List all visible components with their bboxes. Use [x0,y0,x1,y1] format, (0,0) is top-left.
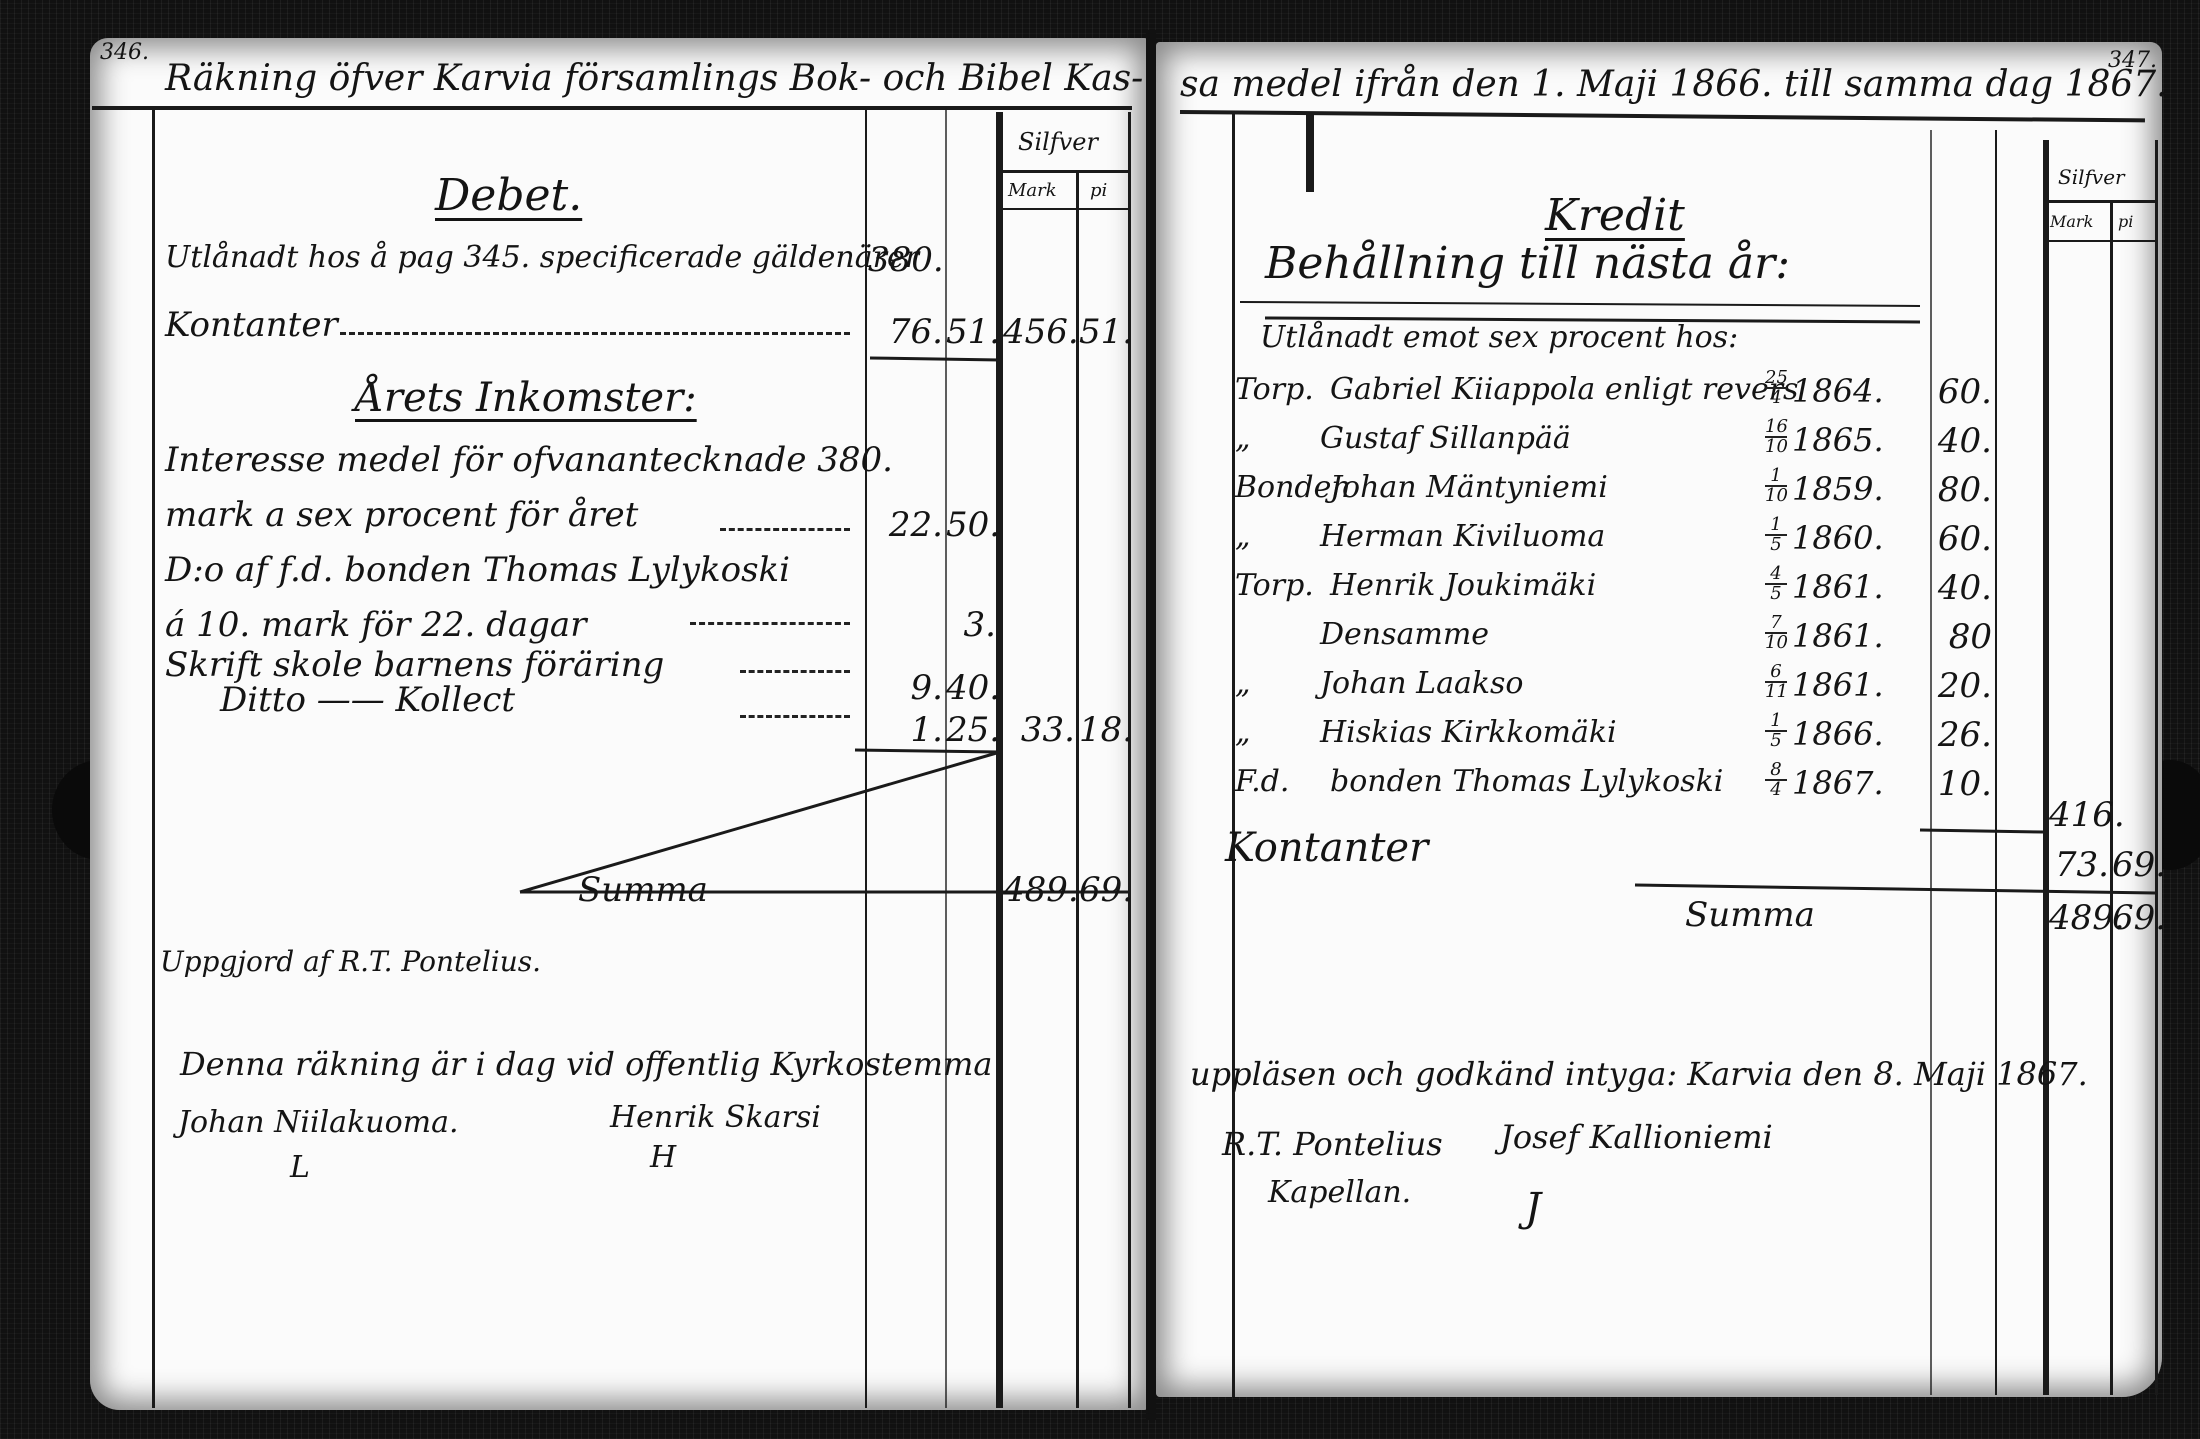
summa-penni-left: 69. [1079,870,1127,910]
loan-day: 7 [1765,615,1787,631]
loan-day: 16 [1765,419,1787,435]
loan-day: 1 [1765,468,1787,484]
dash-leader [740,670,850,673]
loan-month: 11 [1765,684,1787,700]
income-row-1-col2: 50. [946,505,996,545]
loan-month: 4 [1765,390,1787,406]
dash-leader [720,528,850,531]
loan-amount: 80 [1932,617,1992,657]
income-row-0-text: Interesse medel för ofvanantecknade 380. [165,440,893,480]
income-row-4-text: Skrift skole barnens föräring [165,645,664,685]
opening-row-1-text: Kontanter [165,305,338,345]
loan-day: 4 [1765,566,1787,582]
loan-date-fraction: 15 [1765,713,1787,749]
ledger-title-right: sa medel ifrån den 1. Maji 1866. till sa… [1180,64,2168,105]
kredit-heading: Kredit [1545,190,1685,241]
income-row-4-col1: 9. [868,668,943,708]
cash-label: Kontanter [1225,825,1428,871]
income-row-3-text: á 10. mark för 22. dagar [165,605,586,645]
loan-year: 1861. [1792,568,1884,606]
loan-prefix: „ [1235,519,1251,554]
dash-leader [740,715,850,718]
page-number-right: 347. [2108,48,2157,73]
signature-right-0: R.T. Pontelius [1222,1125,1443,1163]
loan-amount: 40. [1932,568,1992,608]
loan-date-fraction: 110 [1765,468,1787,504]
cash-mark: 73. [2049,845,2109,885]
loan-name: Johan Mäntyniemi [1330,470,1608,505]
loan-date-fraction: 84 [1765,762,1787,798]
signature-right-1: Josef Kallioniemi [1500,1118,1773,1156]
loan-month: 4 [1765,782,1787,798]
income-row-5-text: Ditto —— Kollect [220,680,515,720]
loan-date-fraction: 254 [1765,370,1787,406]
loan-name: Johan Laakso [1320,666,1523,701]
income-row-3-col2: 3. [946,605,996,645]
income-total-penni: 18. [1079,710,1127,750]
opening-row-1-mark: 456. [1003,312,1075,352]
loan-year: 1860. [1792,519,1884,557]
loan-day: 1 [1765,713,1787,729]
loan-name: bonden Thomas Lylykoski [1330,764,1723,799]
loan-name: Henrik Joukimäki [1330,568,1596,603]
signer-title: Kapellan. [1268,1175,1411,1210]
loan-day: 6 [1765,664,1787,680]
ledger-title-left: Räkning öfver Karvia församlings Bok- oc… [165,58,1143,99]
signature-left-1: Henrik Skarsi [610,1100,821,1135]
loan-name: Hiskias Kirkkomäki [1320,715,1617,750]
loan-year: 1861. [1792,666,1884,704]
loan-date-fraction: 15 [1765,517,1787,553]
income-row-4-col2: 40. [946,668,996,708]
loan-month: 10 [1765,439,1787,455]
loan-prefix: „ [1235,421,1251,456]
loan-name: Gustaf Sillanpää [1320,421,1571,456]
loan-year: 1867. [1792,764,1884,802]
loan-amount: 60. [1932,372,1992,412]
opening-row-0-col1: 380. [868,240,943,280]
opening-row-1-col1: 76. [868,312,943,352]
loan-amount: 80. [1932,470,1992,510]
loan-prefix: „ [1235,666,1251,701]
income-row-5-col2: 25. [946,710,996,750]
summa-penni-right: 69. [2112,898,2154,938]
currency-header-left: Silfver [1018,128,1098,156]
opening-row-1-col2: 51. [946,312,996,352]
income-row-2-text: D:o af f.d. bonden Thomas Lylykoski [165,550,790,590]
loan-amount: 40. [1932,421,1992,461]
attestation-right: uppläsen och godkänd intyga: Karvia den … [1190,1055,2088,1093]
income-heading: Årets Inkomster: [355,375,697,421]
summa-label-right: Summa [1685,895,1815,935]
debet-heading: Debet. [435,170,582,221]
loan-intro: Utlånadt emot sex procent hos: [1260,320,1738,355]
witness-mark-right: J [1525,1185,1541,1231]
income-total-mark: 33. [1003,710,1075,750]
loan-year: 1861. [1792,617,1884,655]
mark-header-right: Mark [2050,212,2093,231]
loan-amount: 26. [1932,715,1992,755]
loan-amount: 10. [1932,764,1992,804]
witness-mark-left-1: H [650,1140,676,1175]
loan-name: Herman Kiviluoma [1320,519,1605,554]
opening-row-1-penni: 51. [1079,312,1127,352]
income-row-1-text: mark a sex procent för året [165,495,638,535]
loan-month: 10 [1765,488,1787,504]
summa-mark-right: 489. [2049,898,2109,938]
income-row-5-col1: 1. [868,710,943,750]
loan-year: 1866. [1792,715,1884,753]
mark-header-left: Mark [1008,180,1057,201]
loan-date-fraction: 710 [1765,615,1787,651]
loan-month: 5 [1765,733,1787,749]
attestation-left: Denna räkning är i dag vid offentlig Kyr… [180,1045,992,1083]
loan-day: 8 [1765,762,1787,778]
loan-name: Densamme [1320,617,1489,652]
loan-day: 25 [1765,370,1787,386]
kredit-subheading: Behållning till nästa år: [1265,238,1790,289]
loan-month: 10 [1765,635,1787,651]
summa-mark-left: 489. [1003,870,1075,910]
loan-amount: 60. [1932,519,1992,559]
prepared-by: Uppgjord af R.T. Pontelius. [160,945,541,978]
loan-date-fraction: 45 [1765,566,1787,602]
loan-prefix: Torp. [1235,372,1314,407]
penni-header-left: pi [1090,180,1107,201]
loan-prefix: Torp. [1235,568,1314,603]
cash-penni: 69. [2112,845,2154,885]
penni-header-right: pi [2118,212,2133,231]
loan-year: 1865. [1792,421,1884,459]
loan-year: 1859. [1792,470,1884,508]
loan-amount: 20. [1932,666,1992,706]
loan-month: 5 [1765,586,1787,602]
loan-date-fraction: 1610 [1765,419,1787,455]
currency-header-right: Silfver [2058,165,2125,189]
loan-year: 1864. [1792,372,1884,410]
opening-row-0-text: Utlånadt hos å pag 345. specificerade gä… [165,240,919,275]
page-number-left: 346. [100,40,149,65]
loans-total-mark: 416. [2049,795,2109,835]
loan-name: Gabriel Kiiappola enligt revers [1330,372,1798,407]
loan-date-fraction: 611 [1765,664,1787,700]
witness-mark-left-0: L [290,1150,310,1185]
dash-leader [690,622,850,625]
loan-day: 1 [1765,517,1787,533]
loan-month: 5 [1765,537,1787,553]
dash-leader [340,332,850,335]
signature-left-0: Johan Niilakuoma. [178,1105,459,1140]
loan-prefix: F.d. [1235,764,1289,799]
loan-prefix: „ [1235,715,1251,750]
income-row-1-col1: 22. [868,505,943,545]
summa-label-left: Summa [578,870,708,910]
